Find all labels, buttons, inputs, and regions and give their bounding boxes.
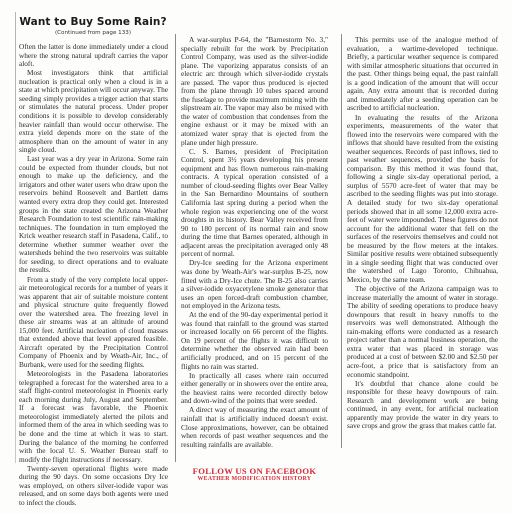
column-divider-2 [341, 34, 342, 448]
paragraph: In evaluating the results of the Arizona… [347, 114, 498, 285]
paragraph: A direct way of measuring the exact amou… [181, 406, 328, 449]
column-divider-1 [175, 34, 176, 462]
article-title: Want to Buy Some Rain? [18, 16, 168, 28]
paragraph: A war-surplus P-64, the "Barnestorm No. … [181, 36, 328, 147]
paragraph: This permits use of the analogue method … [347, 36, 498, 113]
left-margin-rule [15, 12, 16, 128]
article-column-1: Often the latter is done immediately und… [19, 43, 168, 508]
paragraph: Last year was a dry year in Arizona. Som… [19, 155, 168, 275]
article-column-3: This permits use of the analogue method … [347, 36, 498, 431]
paragraph: C. S. Barnes, president of Precipitation… [181, 148, 328, 259]
paragraph: At the end of the 90-day experimental pe… [181, 311, 328, 371]
paragraph: Dry-Ice seeding for the Arizona experime… [181, 259, 328, 310]
paragraph: Most investigators think that artificial… [19, 69, 168, 154]
paragraph: It's doubtful that chance alone could be… [347, 380, 498, 431]
continued-from-note: (Continued from page 133) [18, 30, 168, 36]
paragraph: Meteorologists in the Pasadena laborator… [19, 370, 168, 464]
facebook-promo-subline[interactable]: WEATHER MODIFICATION HISTORY [181, 476, 328, 483]
paragraph: In practically all cases where rain occu… [181, 372, 328, 406]
paragraph: From a study of the very complete local … [19, 276, 168, 370]
left-margin-rule-lower [15, 128, 16, 463]
paragraph: The objective of the Arizona campaign wa… [347, 285, 498, 379]
paragraph: Twenty-seven operational flights were ma… [19, 465, 168, 508]
facebook-promo-headline[interactable]: FOLLOW US ON FACEBOOK [181, 466, 328, 476]
article-column-2: A war-surplus P-64, the "Barnestorm No. … [181, 36, 328, 449]
magazine-page: Want to Buy Some Rain? (Continued from p… [0, 0, 512, 514]
paragraph: Often the latter is done immediately und… [19, 43, 168, 69]
facebook-promo[interactable]: FOLLOW US ON FACEBOOK WEATHER MODIFICATI… [181, 466, 328, 483]
